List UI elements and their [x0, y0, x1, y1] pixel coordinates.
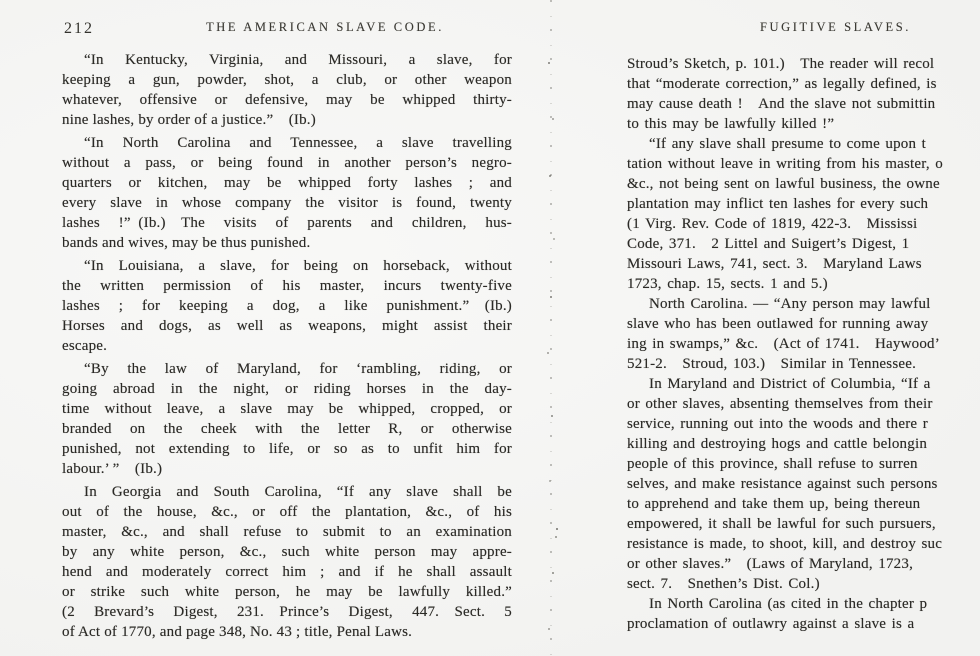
paragraph: “In Louisiana, a slave, for being on hor… — [62, 256, 512, 356]
text-line: Code, 371. 2 Littel and Suigert’s Digest… — [627, 234, 980, 254]
text-line: (1 Virg. Rev. Code of 1819, 422-3. Missi… — [627, 214, 980, 234]
text-line: &c., not being sent on lawful business, … — [627, 174, 980, 194]
text-line: escape. — [62, 336, 512, 356]
text-line: nine lashes, by order of a justice.” (Ib… — [62, 110, 512, 130]
text-line: selves, and make resistance against such… — [627, 474, 980, 494]
text-line: may cause death ! And the slave not subm… — [627, 94, 980, 114]
text-line: by any white person, &c., such white per… — [62, 542, 512, 562]
left-page-body: “In Kentucky, Virginia, and Missouri, a … — [62, 50, 512, 642]
text-line: lashes !” (Ib.) The visits of parents an… — [62, 213, 512, 233]
right-page: FUGITIVE SLAVES. Stroud’s Sketch, p. 101… — [627, 20, 980, 634]
text-line: to this may be lawfully killed !” — [627, 114, 980, 134]
text-line: or other slaves, absenting themselves fr… — [627, 394, 980, 414]
text-line: “In Kentucky, Virginia, and Missouri, a … — [62, 50, 512, 70]
text-line: master, &c., and shall refuse to submit … — [62, 522, 512, 542]
text-line: of Act of 1770, and page 348, No. 43 ; t… — [62, 622, 512, 642]
text-line: proclamation of outlawry against a slave… — [627, 614, 980, 634]
text-line: labour.’ ” (Ib.) — [62, 459, 512, 479]
text-line: people of this province, shall refuse to… — [627, 454, 980, 474]
text-line: punished, not extending to life, or so a… — [62, 439, 512, 459]
text-line: to apprehend and take them up, being the… — [627, 494, 980, 514]
text-line: whatever, offensive or defensive, may be… — [62, 90, 512, 110]
text-line: bands and wives, may be thus punished. — [62, 233, 512, 253]
text-line: Missouri Laws, 741, sect. 3. Maryland La… — [627, 254, 980, 274]
page-number: 212 — [64, 20, 94, 38]
paragraph: “In Kentucky, Virginia, and Missouri, a … — [62, 50, 512, 130]
text-line: branded on the cheek with the letter R, … — [62, 419, 512, 439]
text-line: killing and destroying hogs and cattle b… — [627, 434, 980, 454]
text-line: “If any slave shall presume to come upon… — [627, 134, 980, 154]
text-line: “In North Carolina and Tennessee, a slav… — [62, 133, 512, 153]
text-line: “By the law of Maryland, for ‘rambling, … — [62, 359, 512, 379]
scan-speckle-artifact — [0, 0, 2, 2]
text-line: “In Louisiana, a slave, for being on hor… — [62, 256, 512, 276]
text-line: plantation may inflict ten lashes for ev… — [627, 194, 980, 214]
text-line: resistance is made, to shoot, kill, and … — [627, 534, 980, 554]
text-line: North Carolina. — “Any person may lawful — [627, 294, 980, 314]
text-line: lashes ; for keeping a dog, a like punis… — [62, 296, 512, 316]
text-line: ing in swamps,” &c. (Act of 1741. Haywoo… — [627, 334, 980, 354]
text-line: or strike such white person, he may be l… — [62, 582, 512, 602]
text-line: In North Carolina (as cited in the chapt… — [627, 594, 980, 614]
text-line: the written permission of his master, in… — [62, 276, 512, 296]
text-line: going abroad in the night, or riding hor… — [62, 379, 512, 399]
text-line: out of the house, &c., or off the planta… — [62, 502, 512, 522]
text-line: that “moderate correction,” as legally d… — [627, 74, 980, 94]
text-line: 1723, chap. 15, sects. 1 and 5.) — [627, 274, 980, 294]
text-line: without a pass, or being found in anothe… — [62, 153, 512, 173]
left-page-header: 212 THE AMERICAN SLAVE CODE. — [62, 20, 512, 40]
text-line: empowered, it shall be lawful for such p… — [627, 514, 980, 534]
text-line: 521-2. Stroud, 103.) Similar in Tennesse… — [627, 354, 980, 374]
left-page: 212 THE AMERICAN SLAVE CODE. “In Kentuck… — [62, 20, 512, 642]
text-line: (2 Brevard’s Digest, 231. Prince’s Diges… — [62, 602, 512, 622]
text-line: time without leave, a slave may be whipp… — [62, 399, 512, 419]
text-line: tation without leave in writing from his… — [627, 154, 980, 174]
text-line: In Georgia and South Carolina, “If any s… — [62, 482, 512, 502]
text-line: quarters or kitchen, may be whipped fort… — [62, 173, 512, 193]
scanned-page-background: 212 THE AMERICAN SLAVE CODE. “In Kentuck… — [0, 0, 980, 656]
paragraph: “In North Carolina and Tennessee, a slav… — [62, 133, 512, 253]
text-line: slave who has been outlawed for running … — [627, 314, 980, 334]
text-line: hend and moderately correct him ; and if… — [62, 562, 512, 582]
text-line: Stroud’s Sketch, p. 101.) The reader wil… — [627, 54, 980, 74]
text-line: service, running out into the woods and … — [627, 414, 980, 434]
text-line: or other slaves.” (Laws of Maryland, 172… — [627, 554, 980, 574]
text-line: keeping a gun, powder, shot, a club, or … — [62, 70, 512, 90]
right-page-header: FUGITIVE SLAVES. — [627, 20, 980, 40]
text-line: Horses and dogs, as well as weapons, mig… — [62, 316, 512, 336]
running-head-right: FUGITIVE SLAVES. — [659, 20, 980, 35]
text-line: sect. 7. Snethen’s Dist. Col.) — [627, 574, 980, 594]
page-gutter-artifact — [550, 0, 552, 656]
paragraph: In Georgia and South Carolina, “If any s… — [62, 482, 512, 642]
text-line: every slave in whose company the visitor… — [62, 193, 512, 213]
paragraph: “By the law of Maryland, for ‘rambling, … — [62, 359, 512, 479]
text-line: In Maryland and District of Columbia, “I… — [627, 374, 980, 394]
right-page-body: Stroud’s Sketch, p. 101.) The reader wil… — [627, 54, 980, 634]
running-head-left: THE AMERICAN SLAVE CODE. — [100, 20, 550, 35]
